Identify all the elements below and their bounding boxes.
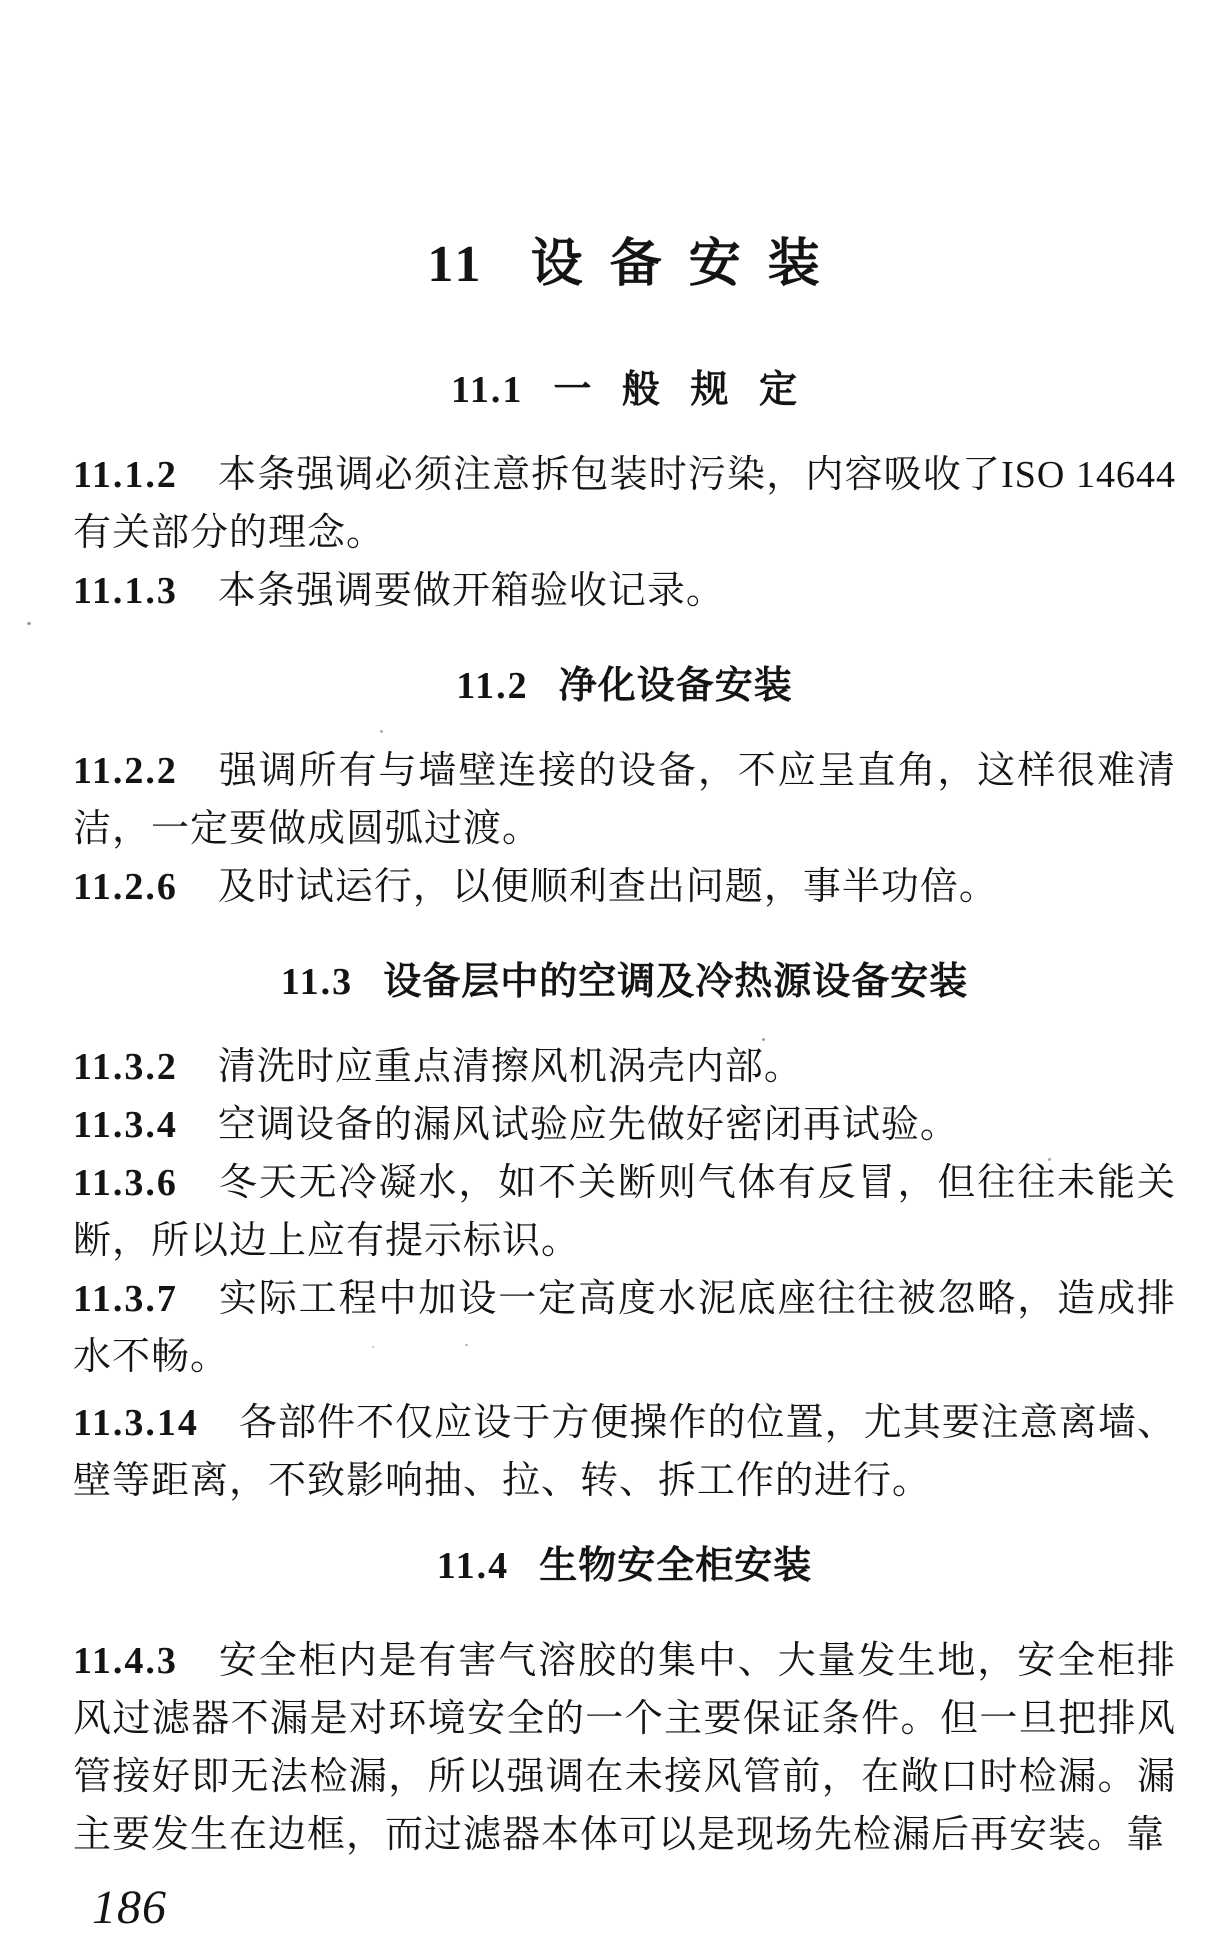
clause-number: 11.3.2 bbox=[73, 1046, 218, 1088]
section-number: 11.2 bbox=[456, 665, 528, 707]
section-heading-11-4: 11.4生物安全柜安装 bbox=[73, 1536, 1176, 1596]
clause-text: 各部件不仅应设于方便操作的位置，尤其要注意离墙、壁等距离，不致影响抽、拉、转、拆… bbox=[73, 1402, 1176, 1502]
clause-paragraph-11-4-3: 11.4.3安全柜内是有害气溶胶的集中、大量发生地，安全柜排风过滤器不漏是对环境… bbox=[73, 1632, 1176, 1864]
clause-text: 冬天无冷凝水，如不关断则气体有反冒，但往往未能关断，所以边上应有提示标识。 bbox=[73, 1162, 1176, 1262]
clause-number: 11.2.6 bbox=[73, 866, 218, 908]
clause-paragraph-11-3-6: 11.3.6冬天无冷凝水，如不关断则气体有反冒，但往往未能关断，所以边上应有提示… bbox=[73, 1154, 1176, 1270]
chapter-number: 11 bbox=[427, 236, 484, 293]
clause-text: 及时试运行，以便顺利查出问题，事半功倍。 bbox=[218, 866, 998, 908]
clause-paragraph-11-2-2: 11.2.2强调所有与墙壁连接的设备，不应呈直角，这样很难清洁，一定要做成圆弧过… bbox=[73, 742, 1176, 858]
clause-number: 11.3.14 bbox=[73, 1402, 239, 1444]
chapter-title-text: 设 备 安 装 bbox=[531, 236, 822, 293]
clause-number: 11.3.6 bbox=[73, 1162, 218, 1204]
scan-speck bbox=[380, 730, 383, 733]
section-title-text: 一 般 规 定 bbox=[553, 369, 798, 411]
clause-number: 11.3.4 bbox=[73, 1104, 218, 1146]
clause-text: 清洗时应重点清擦风机涡壳内部。 bbox=[218, 1046, 803, 1088]
clause-number: 11.1.2 bbox=[73, 454, 218, 496]
clause-paragraph-11-1-3: 11.1.3本条强调要做开箱验收记录。 bbox=[73, 562, 1176, 620]
page-number: 186 bbox=[92, 1884, 167, 1932]
clause-text: 实际工程中加设一定高度水泥底座往往被忽略，造成排水不畅。 bbox=[73, 1278, 1176, 1378]
section-heading-11-2: 11.2净化设备安装 bbox=[73, 656, 1176, 716]
section-title-text: 设备层中的空调及冷热源设备安装 bbox=[383, 961, 968, 1003]
clause-number: 11.3.7 bbox=[73, 1278, 218, 1320]
clause-number: 11.1.3 bbox=[73, 570, 218, 612]
document-page: 11设 备 安 装 11.1一 般 规 定 11.1.2本条强调必须注意拆包装时… bbox=[0, 0, 1216, 1950]
clause-number: 11.4.3 bbox=[73, 1640, 218, 1682]
section-heading-11-3: 11.3设备层中的空调及冷热源设备安装 bbox=[73, 952, 1176, 1012]
clause-text: 空调设备的漏风试验应先做好密闭再试验。 bbox=[218, 1104, 959, 1146]
clause-paragraph-11-1-2: 11.1.2本条强调必须注意拆包装时污染，内容吸收了ISO 14644有关部分的… bbox=[73, 446, 1176, 562]
clause-number: 11.2.2 bbox=[73, 750, 218, 792]
clause-paragraph-11-3-4: 11.3.4空调设备的漏风试验应先做好密闭再试验。 bbox=[73, 1096, 1176, 1154]
section-number: 11.4 bbox=[437, 1545, 509, 1587]
clause-paragraph-11-2-6: 11.2.6及时试运行，以便顺利查出问题，事半功倍。 bbox=[73, 858, 1176, 916]
clause-text: 本条强调必须注意拆包装时污染，内容吸收了ISO 14644有关部分的理念。 bbox=[73, 454, 1176, 554]
scan-speck bbox=[27, 622, 31, 625]
section-number: 11.3 bbox=[281, 961, 353, 1003]
clause-paragraph-11-3-14: 11.3.14各部件不仅应设于方便操作的位置，尤其要注意离墙、壁等距离，不致影响… bbox=[73, 1394, 1176, 1510]
clause-text: 安全柜内是有害气溶胶的集中、大量发生地，安全柜排风过滤器不漏是对环境安全的一个主… bbox=[73, 1640, 1176, 1856]
clause-text: 本条强调要做开箱验收记录。 bbox=[218, 570, 725, 612]
section-number: 11.1 bbox=[451, 369, 523, 411]
clause-text: 强调所有与墙壁连接的设备，不应呈直角，这样很难清洁，一定要做成圆弧过渡。 bbox=[73, 750, 1176, 850]
clause-paragraph-11-3-2: 11.3.2清洗时应重点清擦风机涡壳内部。 bbox=[73, 1038, 1176, 1096]
section-heading-11-1: 11.1一 般 规 定 bbox=[73, 360, 1176, 420]
section-title-text: 净化设备安装 bbox=[559, 665, 793, 707]
section-title-text: 生物安全柜安装 bbox=[539, 1545, 812, 1587]
chapter-title: 11设 备 安 装 bbox=[73, 230, 1176, 300]
clause-paragraph-11-3-7: 11.3.7实际工程中加设一定高度水泥底座往往被忽略，造成排水不畅。 bbox=[73, 1270, 1176, 1386]
